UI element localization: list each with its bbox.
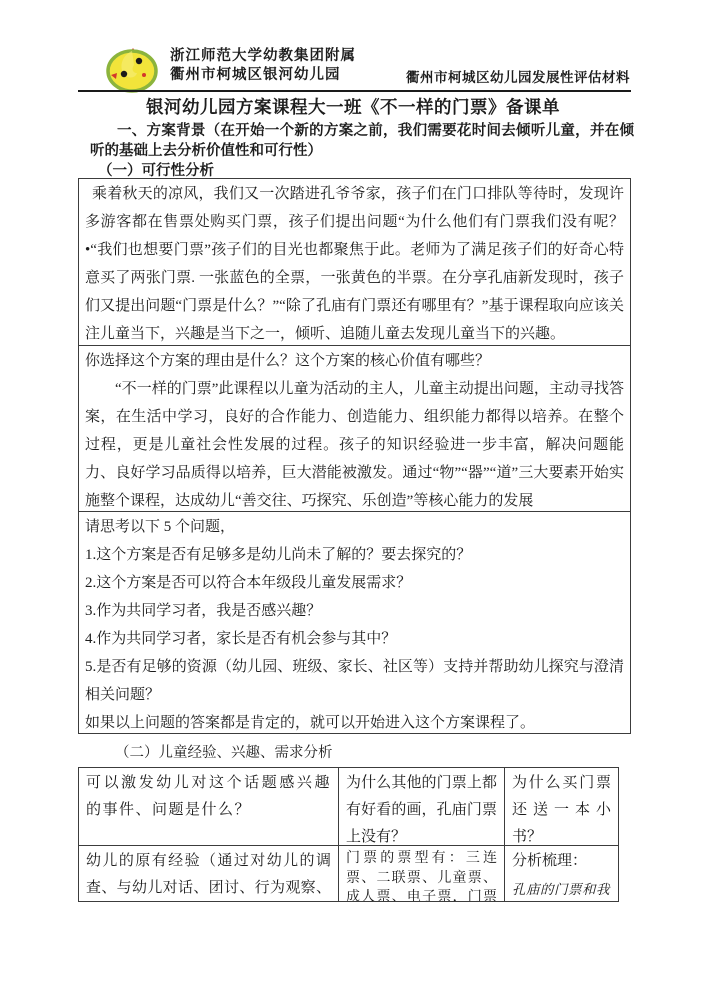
header-divider-rule	[78, 90, 631, 92]
analysis-cell-prior-experience: 幼儿的原有经验（通过对幼儿的调查、与幼儿对话、团讨、行为观察、幼儿提	[79, 846, 338, 901]
analysis-cell-ticket-types: 门票的票型有：三连票、二联票、儿童票、成人票、电子票，门票的形状有：	[338, 846, 504, 901]
document-title: 银河幼儿园方案课程大一班《不一样的门票》备课单	[0, 94, 706, 119]
text-line: 2.这个方案是否可以符合本年级段儿童发展需求？	[85, 569, 624, 597]
analysis-row-experience: 幼儿的原有经验（通过对幼儿的调查、与幼儿对话、团讨、行为观察、幼儿提 门票的票型…	[79, 845, 618, 901]
text-line: 如果以上问题的答案都是肯定的，就可以开始进入这个方案课程了。	[85, 709, 624, 733]
text-line: 3.作为共同学习者，我是否感兴趣？	[85, 597, 624, 625]
reason-paragraph: “不一样的门票”此课程以儿童为活动的主人，儿童主动提出问题，主动寻找答案，在生活…	[85, 375, 624, 511]
section-one-heading: 一、方案背景（在开始一个新的方案之前，我们需要花时间去倾听儿童，并在倾听的基础上…	[78, 122, 634, 161]
text-line: 5.是否有足够的资源（幼儿园、班级、家长、社区等）支持并帮助幼儿探究与澄清相关问…	[85, 653, 624, 709]
section-two-heading: （二）儿童经验、兴趣、需求分析	[78, 741, 578, 762]
analysis-cell-trigger-question: 可以激发幼儿对这个话题感兴趣的事件、问题是什么？	[79, 768, 338, 845]
analysis-cell-child-question-1: 为什么其他的门票上都有好看的画，孔庙门票上没有？	[338, 768, 504, 845]
feasibility-table: 乘着秋天的凉风，我们又一次踏进孔爷爷家，孩子们在门口排队等待时，发现许多游客都在…	[78, 178, 631, 734]
five-questions-list: 请思考以下 5 个问题，1.这个方案是否有足够多是幼儿尚未了解的？要去探究的？2…	[85, 513, 624, 733]
feasibility-row-background: 乘着秋天的凉风，我们又一次踏进孔爷爷家，孩子们在门口排队等待时，发现许多游客都在…	[79, 179, 630, 345]
analysis-cell-summary: 分析梳理： 孔庙的门票和我	[504, 846, 618, 901]
summary-label: 分析梳理：	[512, 848, 611, 875]
analysis-cell-child-question-2: 为什么买门票还送一本小书？	[504, 768, 618, 845]
feasibility-row-questions: 请思考以下 5 个问题，1.这个方案是否有足够多是幼儿尚未了解的？要去探究的？2…	[79, 511, 630, 733]
header-material-label: 衢州市柯城区幼儿园发展性评估材料	[78, 66, 630, 86]
analysis-row-questions: 可以激发幼儿对这个话题感兴趣的事件、问题是什么？ 为什么其他的门票上都有好看的画…	[79, 768, 618, 845]
feasibility-row-reason: 你选择这个方案的理由是什么？这个方案的核心价值有哪些？ “不一样的门票”此课程以…	[79, 345, 630, 511]
analysis-table: 可以激发幼儿对这个话题感兴趣的事件、问题是什么？ 为什么其他的门票上都有好看的画…	[78, 767, 619, 902]
org-line-1: 浙江师范大学幼教集团附属	[170, 47, 356, 66]
text-line: 1.这个方案是否有足够多是幼儿尚未了解的？要去探究的？	[85, 541, 624, 569]
background-paragraph: 乘着秋天的凉风，我们又一次踏进孔爷爷家，孩子们在门口排队等待时，发现许多游客都在…	[85, 180, 624, 345]
summary-handwritten-note: 孔庙的门票和我	[512, 875, 611, 901]
text-line: 请思考以下 5 个问题，	[85, 513, 624, 541]
text-line: 4.作为共同学习者，家长是否有机会参与其中？	[85, 625, 624, 653]
reason-question: 你选择这个方案的理由是什么？这个方案的核心价值有哪些？	[85, 347, 624, 375]
section-one-subheading: （一）可行性分析	[78, 159, 478, 180]
document-page: 浙江师范大学幼教集团附属 衢州市柯城区银河幼儿园 衢州市柯城区幼儿园发展性评估材…	[0, 0, 706, 999]
